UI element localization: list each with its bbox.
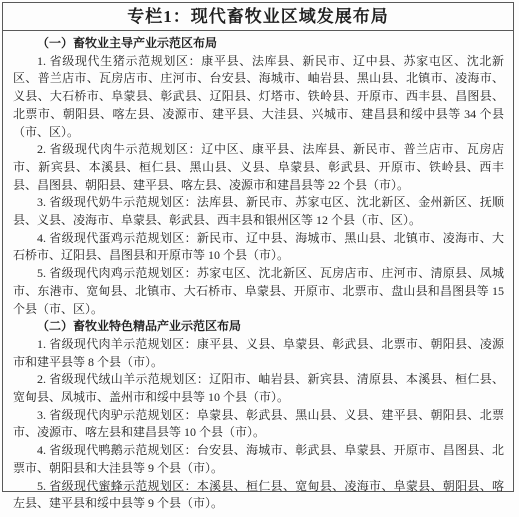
section-1-item-dairy-cattle: 3. 省级现代奶牛示范规划区：法库县、新民市、苏家屯区、沈北新区、金州新区、抚顺… (13, 194, 504, 229)
panel-title: 专栏1：现代畜牧业区域发展布局 (3, 3, 513, 31)
section-2-heading: （二）畜牧业特色精品产业示范区布局 (13, 318, 504, 336)
section-2-item-duck-goose: 4. 省级现代鸭鹅示范规划区：台安县、海城市、彰武县、阜蒙县、开原市、昌图县、北… (13, 442, 504, 477)
section-1-item-beef-cattle: 2. 省级现代肉牛示范规划区：辽中区、康平县、法库县、新民市、普兰店市、瓦房店市… (13, 141, 504, 194)
section-1-heading: （一）畜牧业主导产业示范区布局 (13, 35, 504, 53)
section-1-item-laying-hen: 4. 省级现代蛋鸡示范规划区：新民市、辽中县、海城市、黑山县、北镇市、凌海市、大… (13, 230, 504, 265)
policy-column-panel: 专栏1：现代畜牧业区域发展布局 （一）畜牧业主导产业示范区布局 1. 省级现代生… (2, 2, 514, 492)
panel-body: （一）畜牧业主导产业示范区布局 1. 省级现代生猪示范规划区：康平县、法库县、新… (3, 31, 513, 517)
section-2-item-meat-donkey: 3. 省级现代肉驴示范规划区：阜蒙县、彰武县、黑山县、义县、建平县、朝阳县、北票… (13, 407, 504, 442)
section-1-item-pig: 1. 省级现代生猪示范规划区：康平县、法库县、新民市、辽中县、苏家屯区、沈北新区… (13, 53, 504, 142)
section-2-item-honeybee: 5. 省级现代蜜蜂示范规划区：本溪县、桓仁县、宽甸县、凌海市、阜蒙县、朝阳县、喀… (13, 478, 504, 513)
section-2-item-meat-sheep: 1. 省级现代肉羊示范规划区：康平县、义县、阜蒙县、彰武县、北票市、朝阳县、凌源… (13, 336, 504, 371)
section-1-item-broiler-chicken: 5. 省级现代肉鸡示范规划区：苏家屯区、沈北新区、瓦房店市、庄河市、清原县、凤城… (13, 265, 504, 318)
section-2-item-cashmere-goat: 2. 省级现代绒山羊示范规划区：辽阳市、岫岩县、新宾县、清原县、本溪县、桓仁县、… (13, 371, 504, 406)
